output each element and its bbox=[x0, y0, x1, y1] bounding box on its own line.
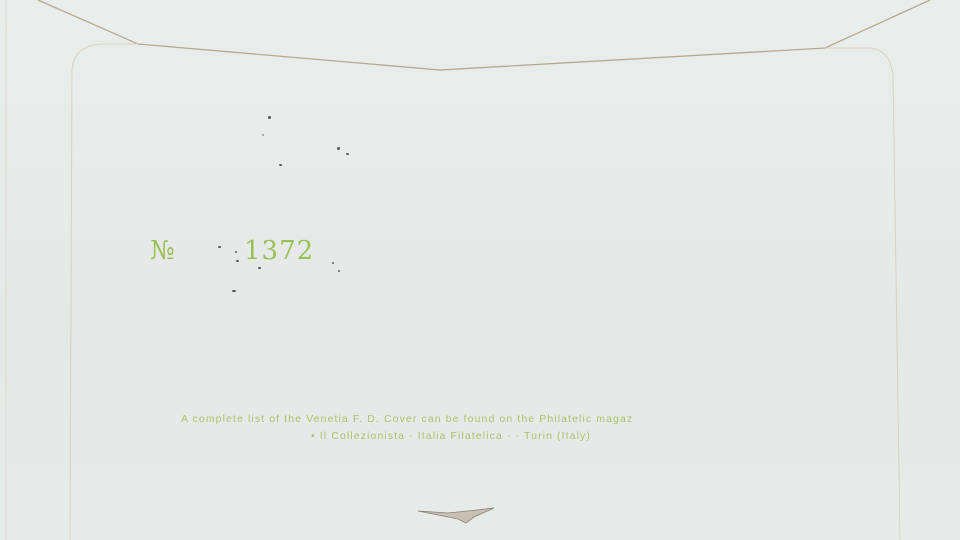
numero-sign: № bbox=[150, 236, 176, 266]
dirt-speck bbox=[279, 164, 282, 166]
dirt-speck bbox=[232, 290, 236, 292]
footer-line-1: A complete list of the Venetia F. D. Cov… bbox=[181, 413, 960, 425]
dirt-speck bbox=[262, 134, 264, 136]
dirt-speck bbox=[337, 147, 340, 150]
serial-number-value: 1372 bbox=[244, 236, 314, 266]
envelope-back: № 1372 A complete list of the Venetia F.… bbox=[0, 0, 960, 540]
dirt-speck bbox=[235, 251, 237, 253]
dirt-speck bbox=[338, 270, 340, 272]
dirt-speck bbox=[218, 246, 221, 248]
dirt-speck bbox=[236, 260, 239, 262]
dirt-speck bbox=[258, 267, 261, 269]
footer-line-2: • Il Collezionista - Italia Filatelica -… bbox=[311, 430, 960, 442]
dirt-speck bbox=[346, 153, 349, 155]
envelope-flap-outline bbox=[0, 0, 960, 540]
dirt-speck bbox=[332, 262, 334, 264]
dirt-speck bbox=[268, 116, 271, 119]
torn-flap-mark bbox=[418, 505, 496, 525]
